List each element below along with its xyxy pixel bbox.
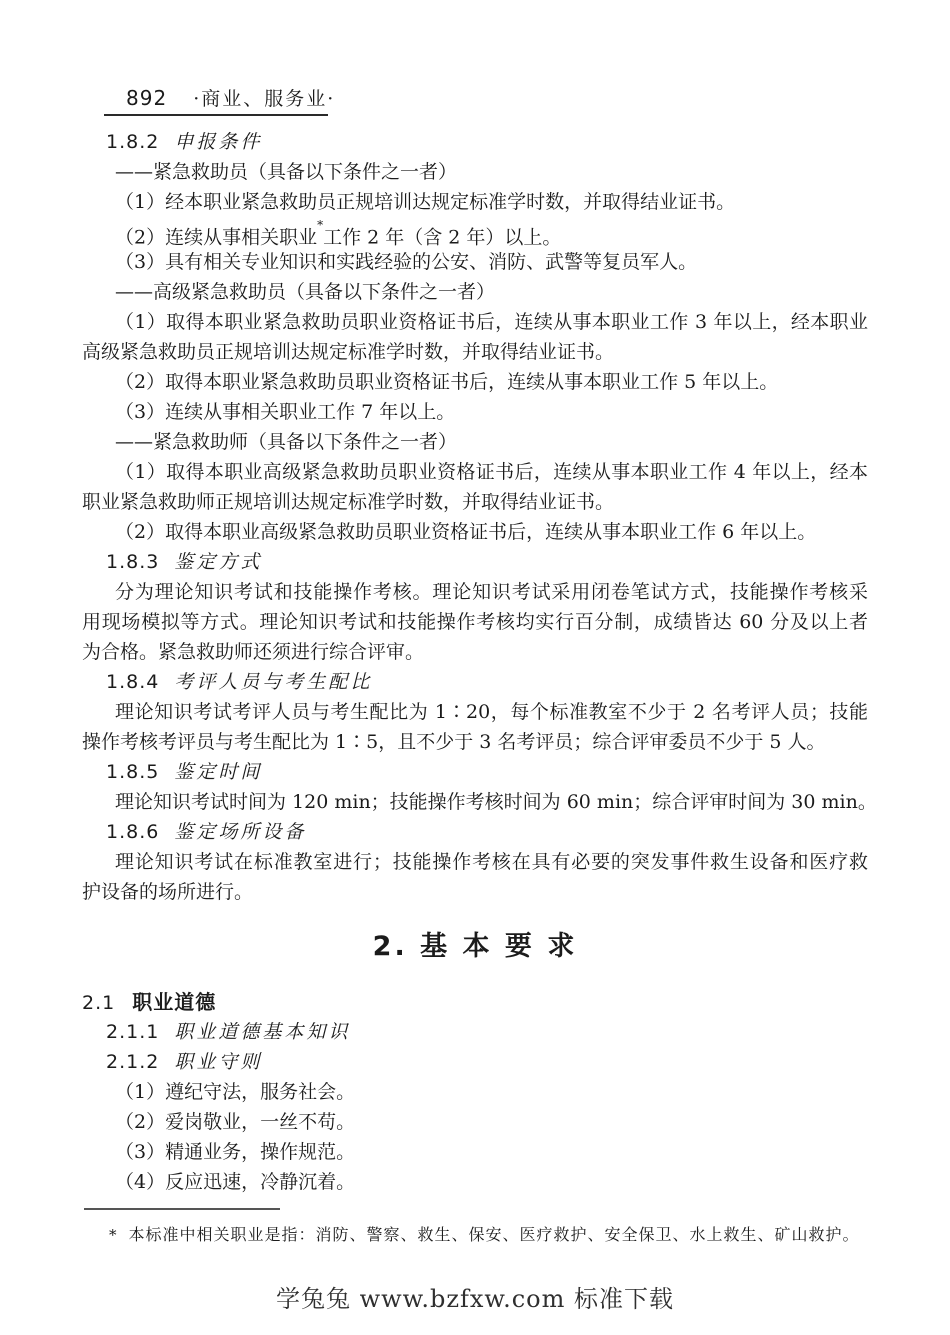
clause-line: （1）经本职业紧急救助员正规培训达规定标准学时数，并取得结业证书。 — [82, 187, 868, 217]
heading-title: 鉴定时间 — [174, 761, 262, 783]
heading-number: 2.1.1 — [106, 1021, 159, 1043]
code-item: （1）遵纪守法，服务社会。 — [82, 1077, 868, 1107]
clause-line: （2）取得本职业高级紧急救助员职业资格证书后，连续从事本职业工作 6 年以上。 — [82, 517, 868, 547]
heading-number: 1.8.2 — [106, 131, 159, 153]
clause-line: （1）取得本职业紧急救助员职业资格证书后，连续从事本职业工作 3 年以上，经本职… — [82, 307, 868, 337]
heading-title: 鉴定场所设备 — [174, 821, 306, 843]
footnote: *本标准中相关职业是指：消防、警察、救生、保安、医疗救护、安全保卫、水上救生、矿… — [82, 1223, 868, 1247]
heading-number: 2.1.2 — [106, 1051, 159, 1073]
dash-item-rescue-master: ——紧急救助师（具备以下条件之一者） — [82, 427, 868, 457]
heading-1-8-6: 1.8.6鉴定场所设备 — [82, 817, 868, 847]
clause-line: 高级紧急救助员正规培训达规定标准学时数，并取得结业证书。 — [82, 337, 868, 367]
clause-text: 工作 2 年（含 2 年）以上。 — [323, 226, 561, 248]
heading-title: 鉴定方式 — [174, 551, 262, 573]
page-number: 892 — [126, 86, 167, 110]
paragraph-line: 操作考核考评员与考生配比为 1∶5，且不少于 3 名考评员；综合评审委员不少于 … — [82, 727, 868, 757]
heading-number: 1.8.6 — [106, 821, 159, 843]
heading-title: 考评人员与考生配比 — [174, 671, 372, 693]
paragraph-line: 理论知识考试在标准教室进行；技能操作考核在具有必要的突发事件救生设备和医疗救 — [82, 847, 868, 877]
paragraph-line: 护设备的场所进行。 — [82, 877, 868, 907]
heading-title: 职业道德 — [132, 990, 216, 1014]
clause-line: （3）具有相关专业知识和实践经验的公安、消防、武警等复员军人。 — [82, 247, 868, 277]
heading-1-8-2: 1.8.2申报条件 — [82, 127, 868, 157]
heading-2-1: 2.1职业道德 — [82, 987, 868, 1017]
footnote-marker: * — [109, 1226, 118, 1244]
paragraph-line: 为合格。紧急救助师还须进行综合评审。 — [82, 637, 868, 667]
chapter-2-heading: 2. 基 本 要 求 — [82, 929, 868, 965]
paragraph-line: 理论知识考试时间为 120 min；技能操作考核时间为 60 min；综合评审时… — [82, 787, 868, 817]
page-header: 892 ·商业、服务业· — [82, 84, 868, 116]
heading-2-1-1: 2.1.1职业道德基本知识 — [82, 1017, 868, 1047]
footnote-rule — [84, 1208, 280, 1210]
heading-number: 1.8.3 — [106, 551, 159, 573]
clause-line-with-footnote-ref: （2）连续从事相关职业*工作 2 年（含 2 年）以上。 — [82, 217, 868, 247]
footnote-text: 本标准中相关职业是指：消防、警察、救生、保安、医疗救护、安全保卫、水上救生、矿山… — [129, 1225, 860, 1244]
header-row: 892 ·商业、服务业· — [82, 84, 868, 111]
code-item: （4）反应迅速，冷静沉着。 — [82, 1167, 868, 1197]
dash-item-rescuer: ——紧急救助员（具备以下条件之一者） — [82, 157, 868, 187]
heading-number: 1.8.5 — [106, 761, 159, 783]
heading-1-8-3: 1.8.3鉴定方式 — [82, 547, 868, 577]
heading-1-8-4: 1.8.4考评人员与考生配比 — [82, 667, 868, 697]
heading-number: 2.1 — [82, 992, 115, 1014]
document-page: 892 ·商业、服务业· 1.8.2申报条件 ——紧急救助员（具备以下条件之一者… — [0, 0, 950, 1335]
heading-2-1-2: 2.1.2职业守则 — [82, 1047, 868, 1077]
clause-line: （1）取得本职业高级紧急救助员职业资格证书后，连续从事本职业工作 4 年以上，经… — [82, 457, 868, 487]
document-body: 1.8.2申报条件 ——紧急救助员（具备以下条件之一者） （1）经本职业紧急救助… — [82, 127, 868, 1314]
footnote-ref-asterisk: * — [317, 218, 323, 232]
paragraph-line: 理论知识考试考评人员与考生配比为 1∶20，每个标准教室不少于 2 名考评人员；… — [82, 697, 868, 727]
watermark-footer: 学兔兔 www.bzfxw.com 标准下载 — [82, 1279, 868, 1314]
clause-text: （2）连续从事相关职业 — [115, 226, 317, 248]
code-item: （3）精通业务，操作规范。 — [82, 1137, 868, 1167]
clause-line: （3）连续从事相关职业工作 7 年以上。 — [82, 397, 868, 427]
paragraph-line: 分为理论知识考试和技能操作考核。理论知识考试采用闭卷笔试方式，技能操作考核采 — [82, 577, 868, 607]
clause-line: 职业紧急救助师正规培训达规定标准学时数，并取得结业证书。 — [82, 487, 868, 517]
code-item: （2）爱岗敬业，一丝不苟。 — [82, 1107, 868, 1137]
header-rule — [104, 114, 328, 116]
heading-title: 职业道德基本知识 — [174, 1021, 350, 1043]
clause-line: （2）取得本职业紧急救助员职业资格证书后，连续从事本职业工作 5 年以上。 — [82, 367, 868, 397]
heading-title: 申报条件 — [174, 131, 262, 153]
heading-number: 1.8.4 — [106, 671, 159, 693]
heading-title: 职业守则 — [174, 1051, 262, 1073]
heading-1-8-5: 1.8.5鉴定时间 — [82, 757, 868, 787]
paragraph-line: 用现场模拟等方式。理论知识考试和技能操作考核均实行百分制，成绩皆达 60 分及以… — [82, 607, 868, 637]
header-section-title: ·商业、服务业· — [193, 84, 335, 111]
dash-item-senior-rescuer: ——高级紧急救助员（具备以下条件之一者） — [82, 277, 868, 307]
